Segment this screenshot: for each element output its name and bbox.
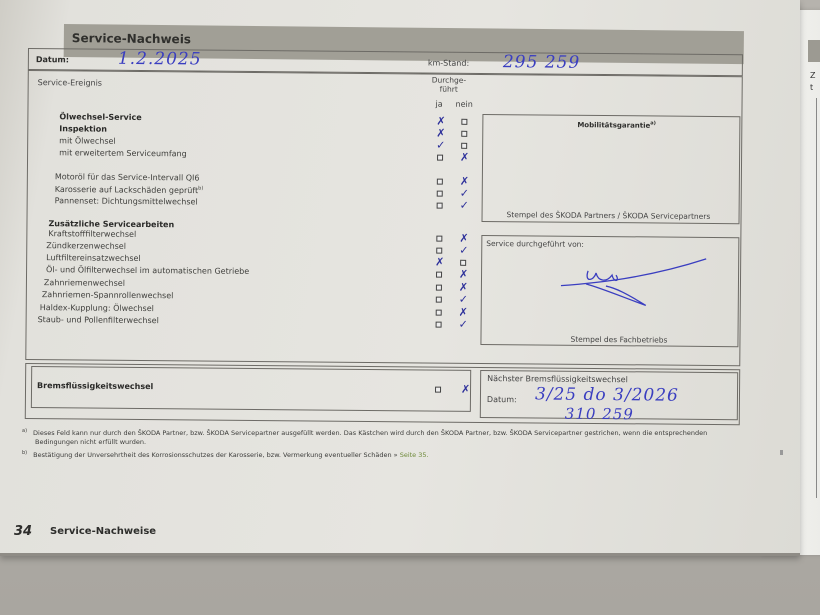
checkbox-nein-checked[interactable]: ✗ [459, 234, 468, 244]
footnote-a-line1: Dieses Feld kann nur durch den ŠKODA Par… [33, 429, 707, 437]
done-header-line2: führt [440, 85, 458, 94]
mobility-stamp-label: Stempel des ŠKODA Partners / ŠKODA Servi… [507, 210, 711, 221]
checkbox-ja[interactable] [437, 179, 443, 185]
checkbox-nein-checked[interactable]: ✓ [460, 201, 469, 211]
next-km-value[interactable]: 310 259 [565, 405, 634, 424]
checkbox-ja-checked[interactable]: ✗ [436, 129, 445, 139]
next-date-label: Datum: [487, 395, 517, 404]
footnote-ref: b) [198, 185, 203, 191]
service-row-label: Staub- und Pollenfilterwechsel [38, 315, 159, 325]
margin-mark [780, 450, 783, 455]
service-row-label: Karosserie auf Lackschäden geprüftb) [55, 184, 204, 195]
service-row-label: Zahnriemenwechsel [44, 278, 125, 288]
checkbox-ja[interactable] [437, 155, 443, 161]
service-row-label: Zahnriemen-Spannrollenwechsel [42, 290, 174, 300]
section-title: Service-Nachweis [72, 31, 191, 46]
service-row-label: Inspektion [59, 124, 107, 133]
service-row-label: Kraftstofffilterwechsel [48, 229, 136, 239]
date-label: Datum: [36, 55, 69, 64]
brake-fluid-nein-checkbox[interactable]: ✗ [461, 385, 470, 395]
booklet-page: Service-Nachweis Datum: 1.2.2025 km-Stan… [0, 0, 800, 556]
mobility-title-text: Mobilitätsgarantie [577, 121, 650, 130]
footnote-a-marker: a) [22, 428, 27, 434]
checkbox-ja-checked[interactable]: ✓ [436, 141, 445, 151]
checkbox-ja[interactable] [436, 236, 442, 242]
brake-fluid-label: Bremsflüssigkeitswechsel [37, 381, 153, 391]
checkbox-nein-checked[interactable]: ✗ [460, 177, 469, 187]
mobility-title: Mobilitätsgarantiea) [577, 120, 656, 130]
next-page-text: Zt [810, 70, 815, 94]
checkbox-ja[interactable] [437, 203, 443, 209]
service-row-label: Ölwechsel-Service [59, 112, 141, 122]
checkbox-ja[interactable] [437, 191, 443, 197]
checkbox-ja-checked[interactable]: ✗ [436, 117, 445, 127]
checkbox-ja[interactable] [436, 248, 442, 254]
service-stamp-label: Stempel des Fachbetriebs [570, 335, 667, 345]
checkbox-ja[interactable] [436, 310, 442, 316]
next-brake-fluid-title: Nächster Bremsflüssigkeitswechsel [487, 374, 628, 384]
checkbox-nein-checked[interactable]: ✗ [459, 270, 468, 280]
checkbox-nein[interactable] [461, 143, 467, 149]
service-row-label: Öl- und Ölfilterwechsel im automatischen… [46, 265, 249, 276]
footnote-b-link[interactable]: Seite 35. [400, 451, 429, 459]
mobility-sup: a) [650, 120, 656, 126]
footnote-a-line2: Bedingungen nicht erfüllt wurden. [35, 438, 146, 446]
mobility-guarantee-box [481, 114, 740, 224]
service-record-form: Datum: 1.2.2025 km-Stand: 295 259 Servic… [25, 48, 748, 429]
page-footer-title: Service-Nachweise [50, 526, 156, 537]
date-value[interactable]: 1.2.2025 [118, 49, 202, 70]
yes-header: ja [435, 100, 442, 109]
checkbox-ja[interactable] [436, 322, 442, 328]
checkbox-nein[interactable] [461, 119, 467, 125]
service-row-label: mit Ölwechsel [59, 136, 116, 145]
service-row-label: Luftfiltereinsatzwechsel [46, 253, 141, 263]
service-by-label: Service durchgeführt von: [486, 239, 584, 249]
checkbox-nein-checked[interactable]: ✓ [459, 295, 468, 305]
checkbox-nein-checked[interactable]: ✗ [459, 283, 468, 293]
additional-header: Zusätzliche Servicearbeiten [48, 219, 174, 229]
checkbox-ja[interactable] [436, 272, 442, 278]
service-row-label: Motoröl für das Service-Intervall QI6 [55, 172, 200, 182]
event-header: Service-Ereignis [38, 78, 102, 88]
checkbox-nein-checked[interactable]: ✗ [460, 153, 469, 163]
service-row-label: Pannenset: Dichtungsmittelwechsel [55, 196, 198, 206]
checkbox-ja[interactable] [436, 297, 442, 303]
done-header-line1: Durchge- [432, 76, 466, 85]
checkbox-nein-checked[interactable]: ✓ [459, 246, 468, 256]
no-header: nein [455, 100, 472, 109]
next-page-box [816, 98, 820, 498]
km-label: km-Stand: [428, 58, 469, 67]
service-row-label: Haldex-Kupplung: Ölwechsel [40, 303, 154, 313]
signature-icon [556, 253, 717, 314]
footnote-b-text: Bestätigung der Unversehrtheit des Korro… [33, 451, 391, 459]
service-row-label: mit erweitertem Serviceumfang [59, 148, 187, 158]
checkbox-nein[interactable] [461, 131, 467, 137]
km-value[interactable]: 295 259 [503, 52, 580, 73]
service-row-label: Zündkerzenwechsel [46, 241, 126, 251]
page-number: 34 [14, 524, 32, 539]
checkbox-nein[interactable] [460, 260, 466, 266]
checkbox-ja[interactable] [436, 285, 442, 291]
checkbox-nein-checked[interactable]: ✓ [460, 189, 469, 199]
checkbox-nein-checked[interactable]: ✓ [459, 320, 468, 330]
next-date-value[interactable]: 3/25 do 3/2026 [535, 384, 679, 405]
brake-fluid-ja-checkbox[interactable] [435, 387, 441, 393]
footnote-b-marker: b) [22, 450, 27, 456]
checkbox-ja-checked[interactable]: ✗ [435, 258, 444, 268]
footnote-a: a)Dieses Feld kann nur durch den ŠKODA P… [22, 428, 707, 437]
checkbox-nein-checked[interactable]: ✗ [459, 308, 468, 318]
next-page-header-bar [808, 40, 820, 62]
footnote-b: b)Bestätigung der Unversehrtheit des Kor… [22, 450, 429, 459]
